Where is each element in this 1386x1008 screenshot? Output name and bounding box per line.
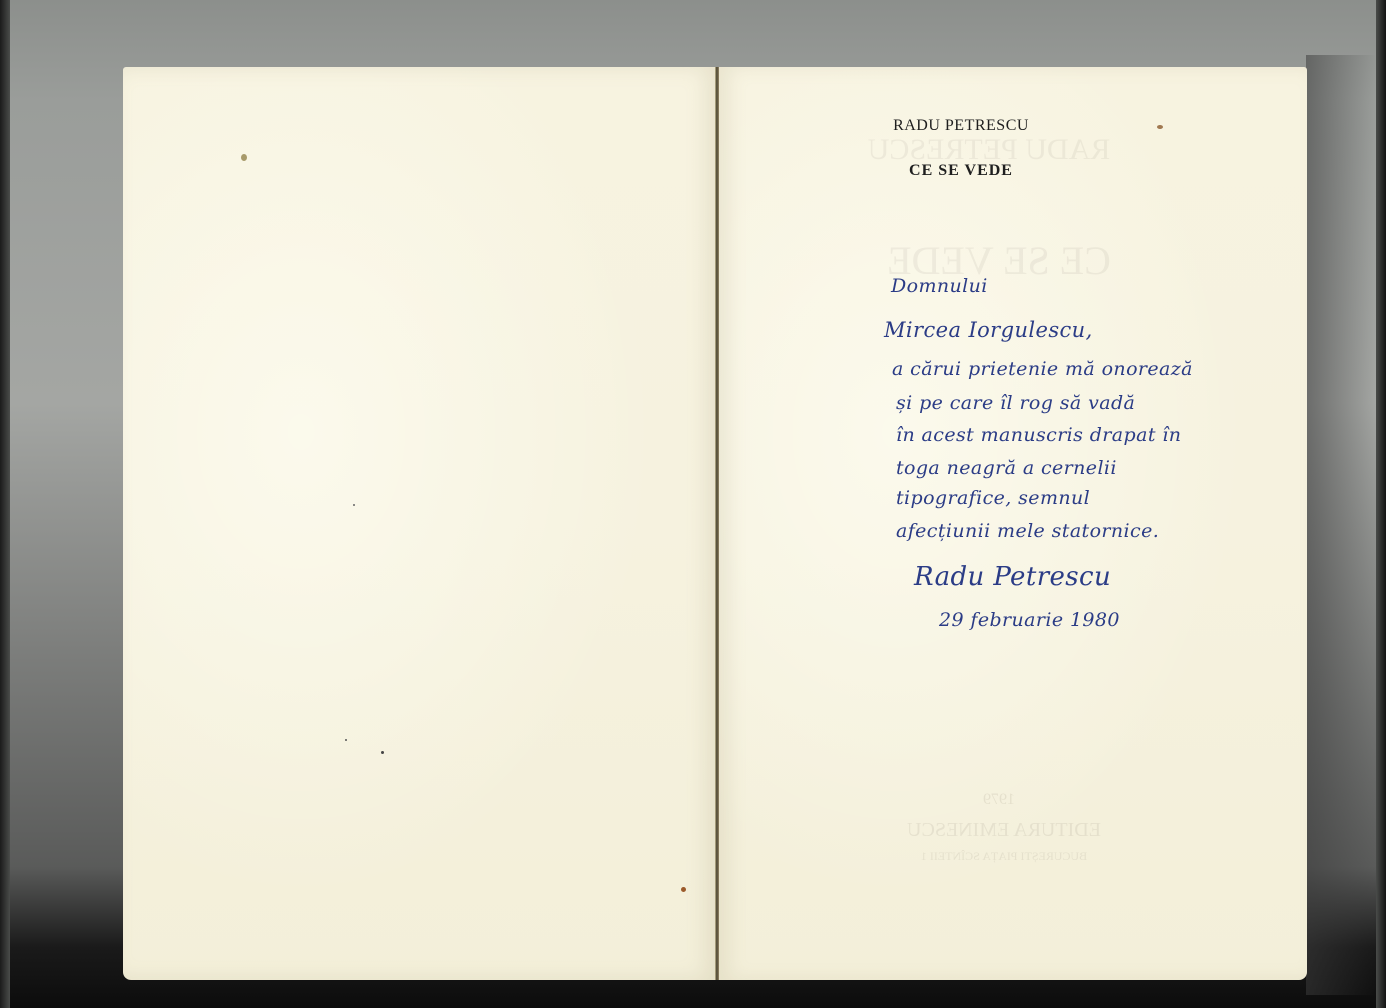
printed-author: RADU PETRESCU	[811, 117, 1111, 135]
inscription-line: și pe care îl rog să vadă	[896, 392, 1135, 414]
inscription-salutation: Domnului	[891, 275, 988, 297]
show-through-publisher: EDITURA EMINESCU	[869, 819, 1139, 842]
foxing-spot	[1157, 125, 1163, 129]
left-page	[123, 67, 716, 980]
open-book: RADU PETRESCU CE SE VEDE 1979 EDITURA EM…	[123, 67, 1307, 980]
inscription-line: afecțiunii mele statornice.	[896, 520, 1159, 542]
foxing-spot	[681, 887, 686, 892]
foxing-spot	[345, 739, 347, 741]
foxing-spot	[353, 504, 355, 506]
scanner-edge-right	[1376, 0, 1386, 1008]
inscription-signature: Radu Petrescu	[914, 562, 1111, 592]
inscription-line: a cărui prietenie mă onorează	[892, 358, 1193, 380]
inscription-line: toga neagră a cernelii	[896, 457, 1117, 479]
inscription-recipient: Mircea Iorgulescu,	[884, 318, 1093, 342]
printed-title: CE SE VEDE	[811, 162, 1111, 180]
right-page: RADU PETRESCU CE SE VEDE 1979 EDITURA EM…	[719, 67, 1307, 980]
inscription-line: tipografice, semnul	[896, 487, 1090, 509]
inscription-line: în acest manuscris drapat în	[896, 424, 1181, 446]
foxing-spot	[381, 751, 384, 754]
inscription-date: 29 februarie 1980	[939, 609, 1120, 631]
show-through-city: BUCUREȘTI PIAȚA SCÎNTEII 1	[869, 849, 1139, 864]
foxing-spot	[241, 154, 247, 161]
book-shadow	[1306, 55, 1376, 995]
show-through-year: 1979	[919, 791, 1079, 809]
scanner-edge-left	[0, 0, 10, 1008]
